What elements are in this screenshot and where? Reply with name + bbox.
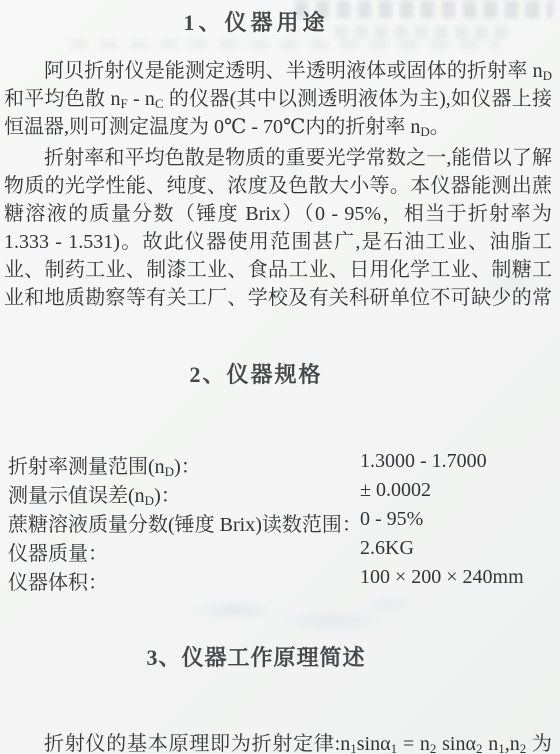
section-1-title: 1、仪器用途 [0, 6, 512, 37]
scanned-manual-page: 1、仪器用途 阿贝折射仪是能测定透明、半透明液体或固体的折射率 nD 和平均色散… [0, 0, 560, 754]
spec-value: ± 0.0002 [360, 479, 431, 502]
spec-row-instrument-mass: 仪器质量： 2.6KG [8, 537, 554, 566]
spec-row-indication-error: 测量示值误差(nD)： ± 0.0002 [8, 479, 554, 508]
section-2-title: 2、仪器规格 [0, 358, 512, 389]
spec-value: 1.3000 - 1.7000 [360, 450, 487, 473]
spec-row-brix-range: 蔗糖溶液质量分数(锤度 Brix)读数范围： 0 - 95% [8, 508, 554, 537]
spec-label: 测量示值误差(nD)： [8, 479, 181, 508]
spec-label: 蔗糖溶液质量分数(锤度 Brix)读数范围： [8, 508, 362, 537]
spec-value: 2.6KG [360, 537, 414, 560]
section-3-paragraph-first-line: 折射仪的基本原理即为折射定律:n1sinα1 = n2 sinα2 n1,n2 … [4, 730, 552, 754]
bleedthrough-artifact-diagram-ghost [150, 588, 430, 643]
spec-list: 折射率测量范围(nD)： 1.3000 - 1.7000 测量示值误差(nD)：… [8, 450, 554, 595]
spec-row-refractive-index-range: 折射率测量范围(nD)： 1.3000 - 1.7000 [8, 450, 554, 479]
bleedthrough-artifact-under-title [70, 40, 500, 49]
spec-label: 折射率测量范围(nD)： [8, 450, 201, 479]
spec-label: 仪器体积： [8, 566, 108, 595]
spec-value: 0 - 95% [360, 508, 423, 531]
section-1-paragraph-2: 折射率和平均色散是物质的重要光学常数之一,能借以了解物质的光学性能、纯度、浓度及… [4, 144, 552, 313]
spec-row-instrument-volume: 仪器体积： 100 × 200 × 240mm [8, 566, 554, 595]
section-1-paragraph-1: 阿贝折射仪是能测定透明、半透明液体或固体的折射率 nD 和平均色散 nF - n… [4, 57, 552, 144]
section-3-title: 3、仪器工作原理简述 [0, 641, 512, 672]
spec-label: 仪器质量： [8, 537, 108, 566]
spec-value: 100 × 200 × 240mm [360, 566, 524, 589]
